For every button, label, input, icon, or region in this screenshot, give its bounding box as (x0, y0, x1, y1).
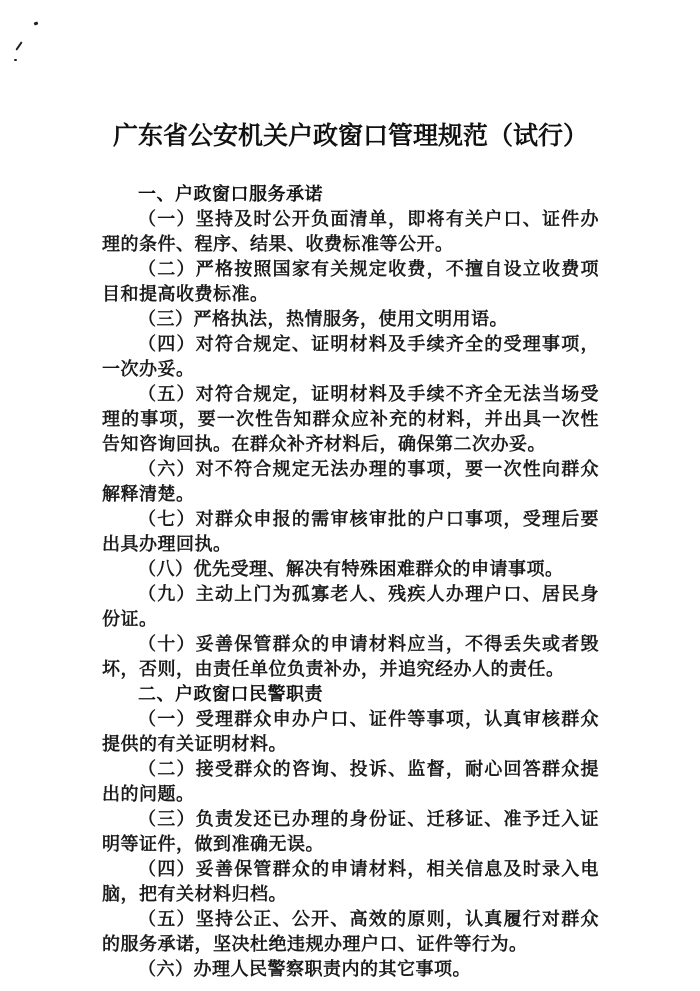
section-1-paragraph-2: （二）严格按照国家有关规定收费，不擅自设立收费项目和提高收费标准。 (102, 257, 599, 307)
section-2-paragraph-2: （二）接受群众的咨询、投诉、监督，耐心回答群众提出的问题。 (102, 757, 599, 807)
section-1-paragraph-10: （十）妥善保管群众的申请材料应当，不得丢失或者毁坏，否则，由责任单位负责补办，并… (102, 632, 599, 682)
ink-dot-icon (14, 59, 17, 61)
section-1-paragraph-3: （三）严格执法，热情服务，使用文明用语。 (102, 307, 599, 332)
section-1-paragraph-4: （四）对符合规定、证明材料及手续齐全的受理事项，一次办妥。 (102, 332, 599, 382)
section-2-paragraph-6: （六）办理人民警察职责内的其它事项。 (102, 957, 599, 982)
pen-mark-icon (15, 41, 22, 50)
section-2-paragraph-4: （四）妥善保管群众的申请材料，相关信息及时录入电脑，把有关材料归档。 (102, 857, 599, 907)
section-1-heading: 一、户政窗口服务承诺 (102, 182, 599, 207)
section-2-paragraph-1: （一）受理群众申办户口、证件等事项，认真审核群众提供的有关证明材料。 (102, 707, 599, 757)
section-2-heading: 二、户政窗口民警职责 (102, 682, 599, 707)
document-page: 广东省公安机关户政窗口管理规范（试行） 一、户政窗口服务承诺 （一）坚持及时公开… (0, 0, 700, 991)
section-service-pledge: 一、户政窗口服务承诺 （一）坚持及时公开负面清单，即将有关户口、证件办理的条件、… (102, 182, 599, 682)
document-content: 广东省公安机关户政窗口管理规范（试行） 一、户政窗口服务承诺 （一）坚持及时公开… (102, 0, 599, 982)
section-police-duties: 二、户政窗口民警职责 （一）受理群众申办户口、证件等事项，认真审核群众提供的有关… (102, 682, 599, 982)
document-title: 广东省公安机关户政窗口管理规范（试行） (102, 122, 599, 152)
section-1-paragraph-9: （九）主动上门为孤寡老人、残疾人办理户口、居民身份证。 (102, 582, 599, 632)
section-2-paragraph-3: （三）负责发还已办理的身份证、迁移证、准予迁入证明等证件，做到准确无误。 (102, 807, 599, 857)
section-1-paragraph-6: （六）对不符合规定无法办理的事项，要一次性向群众解释清楚。 (102, 457, 599, 507)
section-1-paragraph-1: （一）坚持及时公开负面清单，即将有关户口、证件办理的条件、程序、结果、收费标准等… (102, 207, 599, 257)
section-1-paragraph-7: （七）对群众申报的需审核审批的户口事项，受理后要出具办理回执。 (102, 507, 599, 557)
section-1-paragraph-5: （五）对符合规定，证明材料及手续不齐全无法当场受理的事项，要一次性告知群众应补充… (102, 382, 599, 457)
ink-speck-icon (34, 21, 39, 25)
section-1-paragraph-8: （八）优先受理、解决有特殊困难群众的申请事项。 (102, 557, 599, 582)
section-2-paragraph-5: （五）坚持公正、公开、高效的原则，认真履行对群众的服务承诺，坚决杜绝违规办理户口… (102, 907, 599, 957)
